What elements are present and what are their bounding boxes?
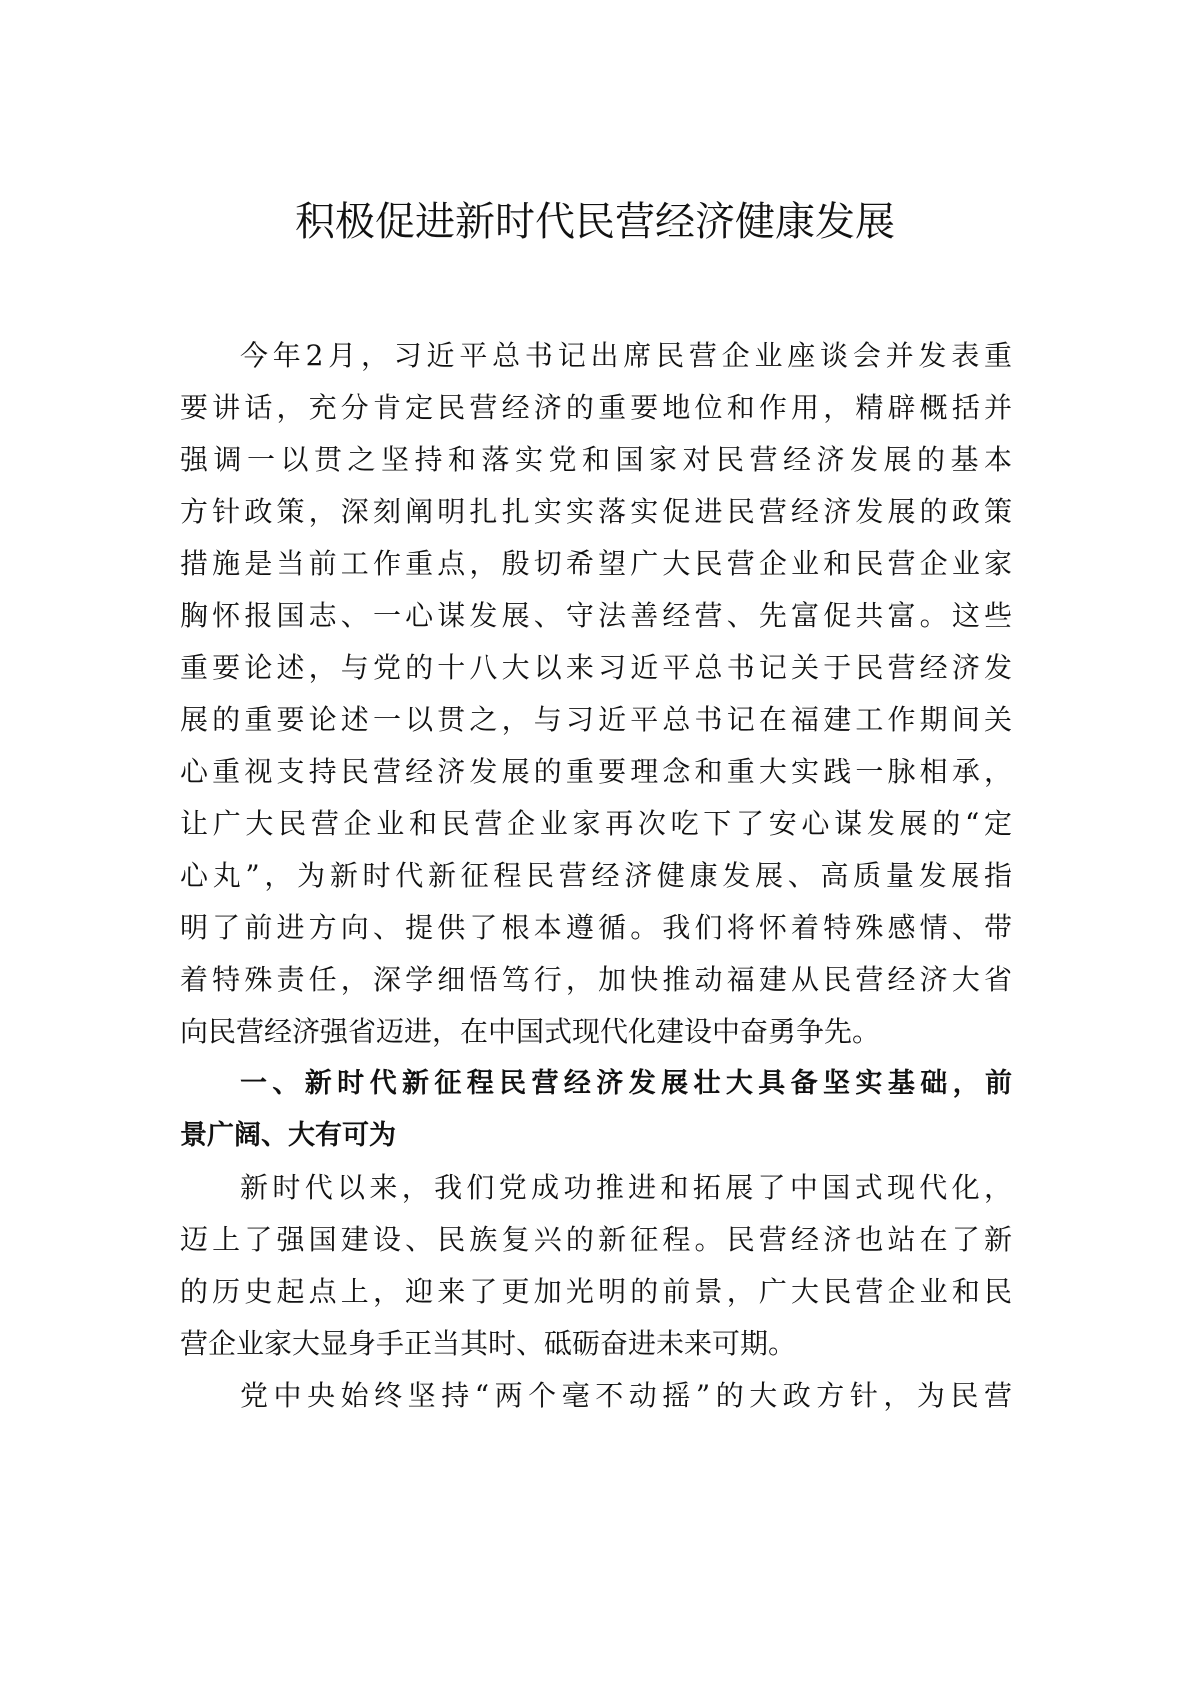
text-line: 党中央始终坚持“两个毫不动摇”的大政方针，为民营 (180, 1370, 1012, 1422)
text-line: 措施是当前工作重点，殷切希望广大民营企业和民营企业家 (180, 538, 1012, 590)
text-line: 新时代以来，我们党成功推进和拓展了中国式现代化， (180, 1162, 1012, 1214)
heading-line: 一、新时代新征程民营经济发展壮大具备坚实基础，前 (180, 1058, 1012, 1110)
document-page: 积极促进新时代民营经济健康发展 今年2月，习近平总书记出席民营企业座谈会并发表重… (0, 0, 1190, 1683)
document-title: 积极促进新时代民营经济健康发展 (0, 198, 1190, 246)
text-line: 心丸”，为新时代新征程民营经济健康发展、高质量发展指 (180, 850, 1012, 902)
paragraph-party-central: 党中央始终坚持“两个毫不动摇”的大政方针，为民营 (180, 1370, 1012, 1422)
paragraph-intro: 今年2月，习近平总书记出席民营企业座谈会并发表重 要讲话，充分肯定民营经济的重要… (180, 330, 1012, 1058)
text-line: 今年2月，习近平总书记出席民营企业座谈会并发表重 (180, 330, 1012, 382)
text-line: 营企业家大显身手正当其时、砥砺奋进未来可期。 (180, 1318, 1012, 1370)
text-line: 向民营经济强省迈进，在中国式现代化建设中奋勇争先。 (180, 1006, 1012, 1058)
text-line: 要讲话，充分肯定民营经济的重要地位和作用，精辟概括并 (180, 382, 1012, 434)
text-line: 心重视支持民营经济发展的重要理念和重大实践一脉相承， (180, 746, 1012, 798)
text-line: 展的重要论述一以贯之，与习近平总书记在福建工作期间关 (180, 694, 1012, 746)
section-heading-1: 一、新时代新征程民营经济发展壮大具备坚实基础，前 景广阔、大有可为 (180, 1058, 1012, 1162)
text-line: 强调一以贯之坚持和落实党和国家对民营经济发展的基本 (180, 434, 1012, 486)
heading-line: 景广阔、大有可为 (180, 1110, 1012, 1162)
text-line: 明了前进方向、提供了根本遵循。我们将怀着特殊感情、带 (180, 902, 1012, 954)
paragraph-new-era: 新时代以来，我们党成功推进和拓展了中国式现代化， 迈上了强国建设、民族复兴的新征… (180, 1162, 1012, 1370)
text-line: 让广大民营企业和民营企业家再次吃下了安心谋发展的“定 (180, 798, 1012, 850)
text-line: 的历史起点上，迎来了更加光明的前景，广大民营企业和民 (180, 1266, 1012, 1318)
text-line: 胸怀报国志、一心谋发展、守法善经营、先富促共富。这些 (180, 590, 1012, 642)
text-line: 方针政策，深刻阐明扎扎实实落实促进民营经济发展的政策 (180, 486, 1012, 538)
text-line: 重要论述，与党的十八大以来习近平总书记关于民营经济发 (180, 642, 1012, 694)
text-line: 着特殊责任，深学细悟笃行，加快推动福建从民营经济大省 (180, 954, 1012, 1006)
document-body: 今年2月，习近平总书记出席民营企业座谈会并发表重 要讲话，充分肯定民营经济的重要… (180, 330, 1012, 1422)
text-line: 迈上了强国建设、民族复兴的新征程。民营经济也站在了新 (180, 1214, 1012, 1266)
